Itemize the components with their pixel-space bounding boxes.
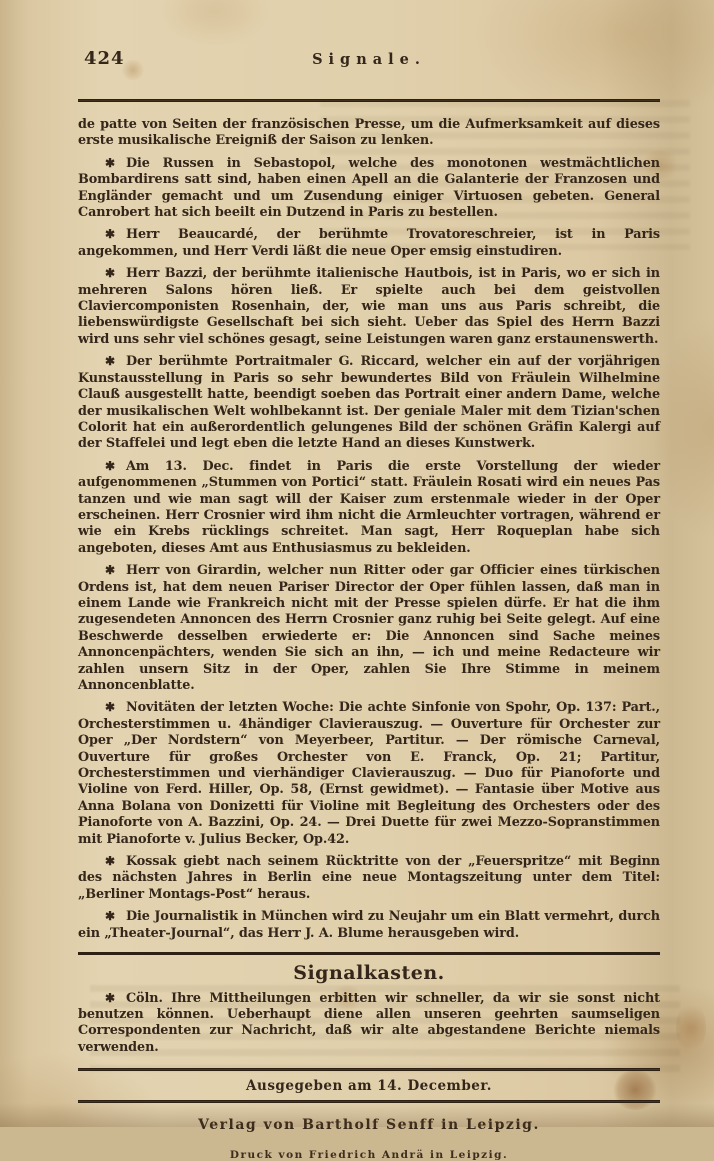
star-icon: ✱ [105,700,115,714]
star-icon: ✱ [105,909,115,923]
paragraph-text: Herr Beaucardé, der berühmte Trovatoresc… [78,227,660,258]
star-icon: ✱ [105,563,115,577]
foxing-stain [676,1000,706,1055]
star-icon: ✱ [105,354,115,368]
paragraph-text: de patte von Seiten der französischen Pr… [78,117,660,148]
star-icon: ✱ [105,266,115,280]
article-paragraph: ✱Herr von Girardin, welcher nun Ritter o… [78,562,660,694]
article-paragraph: ✱Der berühmte Portraitmaler G. Riccard, … [78,353,660,452]
article-paragraph: ✱Kossak giebt nach seinem Rücktritte von… [78,853,660,903]
signalkasten-paragraph: ✱Cöln. Ihre Mittheilungen erbitten wir s… [78,990,660,1057]
journal-title: Signale. [312,51,426,68]
paragraph-text: Kossak giebt nach seinem Rücktritte von … [78,854,660,902]
article-paragraph: ✱Novitäten der letzten Woche: Die achte … [78,699,660,848]
scanned-page: 424 Signale. de patte von Seiten der fra… [0,0,714,1127]
paragraph-text: Herr von Girardin, welcher nun Ritter od… [78,563,660,693]
header-rule [78,99,660,102]
paragraph-text: Die Russen in Sebastopol, welche des mon… [78,156,660,220]
article-paragraph: ✱Herr Beaucardé, der berühmte Trovatores… [78,226,660,260]
paragraph-text: Die Journalistik in München wird zu Neuj… [78,909,660,940]
page-header: 424 Signale. [78,46,660,72]
star-icon: ✱ [105,156,115,170]
paragraph-text: Cöln. Ihre Mittheilungen erbitten wir sc… [78,991,660,1055]
signalkasten-heading: Signalkasten. [78,962,660,984]
paragraph-text: Herr Bazzi, der berühmte italienische Ha… [78,266,660,347]
issued-line: Ausgegeben am 14. December. [78,1071,660,1100]
article-paragraph: ✱Am 13. Dec. findet in Paris die erste V… [78,458,660,557]
text-block: 424 Signale. de patte von Seiten der fra… [78,46,660,1127]
section-divider [78,952,660,955]
page-number: 424 [84,48,125,69]
article-paragraph: de patte von Seiten der französischen Pr… [78,117,660,150]
star-icon: ✱ [105,459,115,473]
paragraph-text: Der berühmte Portraitmaler G. Riccard, w… [78,354,660,451]
article-paragraph: ✱Die Journalistik in München wird zu Neu… [78,908,660,942]
article-paragraph: ✱Die Russen in Sebastopol, welche des mo… [78,155,660,222]
page-bottom-shadow [0,1103,714,1127]
star-icon: ✱ [105,991,115,1005]
paragraph-text: Am 13. Dec. findet in Paris die erste Vo… [78,459,660,556]
star-icon: ✱ [105,854,115,868]
article-paragraph: ✱Herr Bazzi, der berühmte italienische H… [78,265,660,348]
star-icon: ✱ [105,227,115,241]
paragraph-text: Novitäten der letzten Woche: Die achte S… [78,700,660,846]
news-section: de patte von Seiten der französischen Pr… [78,117,660,942]
